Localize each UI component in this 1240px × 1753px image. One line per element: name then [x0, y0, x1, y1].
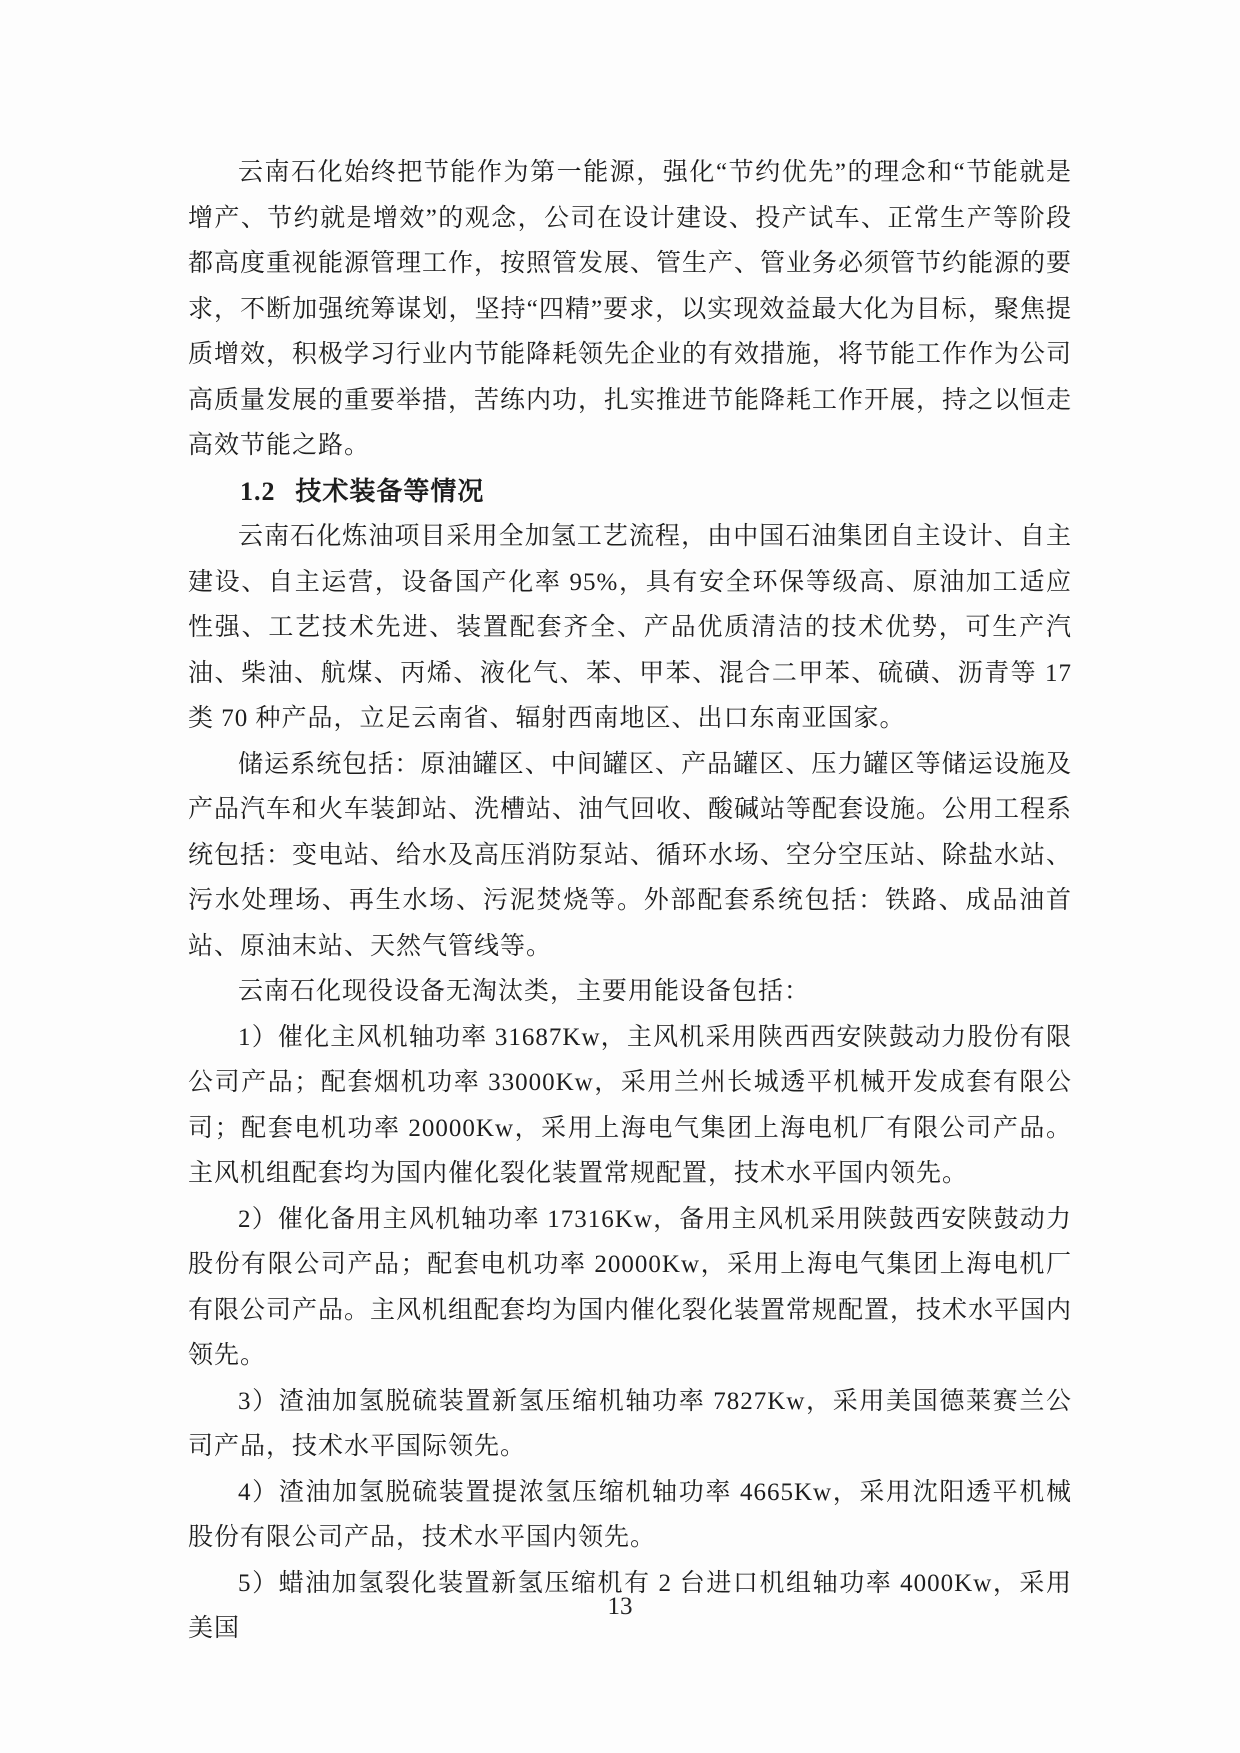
document-page: 云南石化始终把节能作为第一能源，强化“节约优先”的理念和“节能就是增产、节约就是… [0, 0, 1240, 1753]
text-block: 云南石化始终把节能作为第一能源，强化“节约优先”的理念和“节能就是增产、节约就是… [188, 150, 1072, 1652]
section-heading-number: 1.2 [240, 477, 276, 506]
page-number: 13 [0, 1592, 1240, 1622]
list-item-paragraph: 3）渣油加氢脱硫装置新氢压缩机轴功率 7827Kw，采用美国德莱赛兰公司产品，技… [188, 1379, 1072, 1470]
list-item-paragraph: 4）渣油加氢脱硫装置提浓氢压缩机轴功率 4665Kw，采用沈阳透平机械股份有限公… [188, 1470, 1072, 1561]
intro-paragraph: 云南石化始终把节能作为第一能源，强化“节约优先”的理念和“节能就是增产、节约就是… [188, 150, 1072, 469]
body-paragraph: 储运系统包括：原油罐区、中间罐区、产品罐区、压力罐区等储运设施及产品汽车和火车装… [188, 742, 1072, 970]
section-heading-title: 技术装备等情况 [295, 476, 484, 506]
body-paragraph: 云南石化现役设备无淘汰类，主要用能设备包括： [188, 969, 1072, 1015]
body-paragraph: 云南石化炼油项目采用全加氢工艺流程，由中国石油集团自主设计、自主建设、自主运营，… [188, 514, 1072, 742]
list-item-paragraph: 2）催化备用主风机轴功率 17316Kw，备用主风机采用陕鼓西安陕鼓动力股份有限… [188, 1197, 1072, 1379]
list-item-paragraph: 1）催化主风机轴功率 31687Kw，主风机采用陕西西安陕鼓动力股份有限公司产品… [188, 1015, 1072, 1197]
section-heading: 1.2 技术装备等情况 [188, 469, 1072, 515]
